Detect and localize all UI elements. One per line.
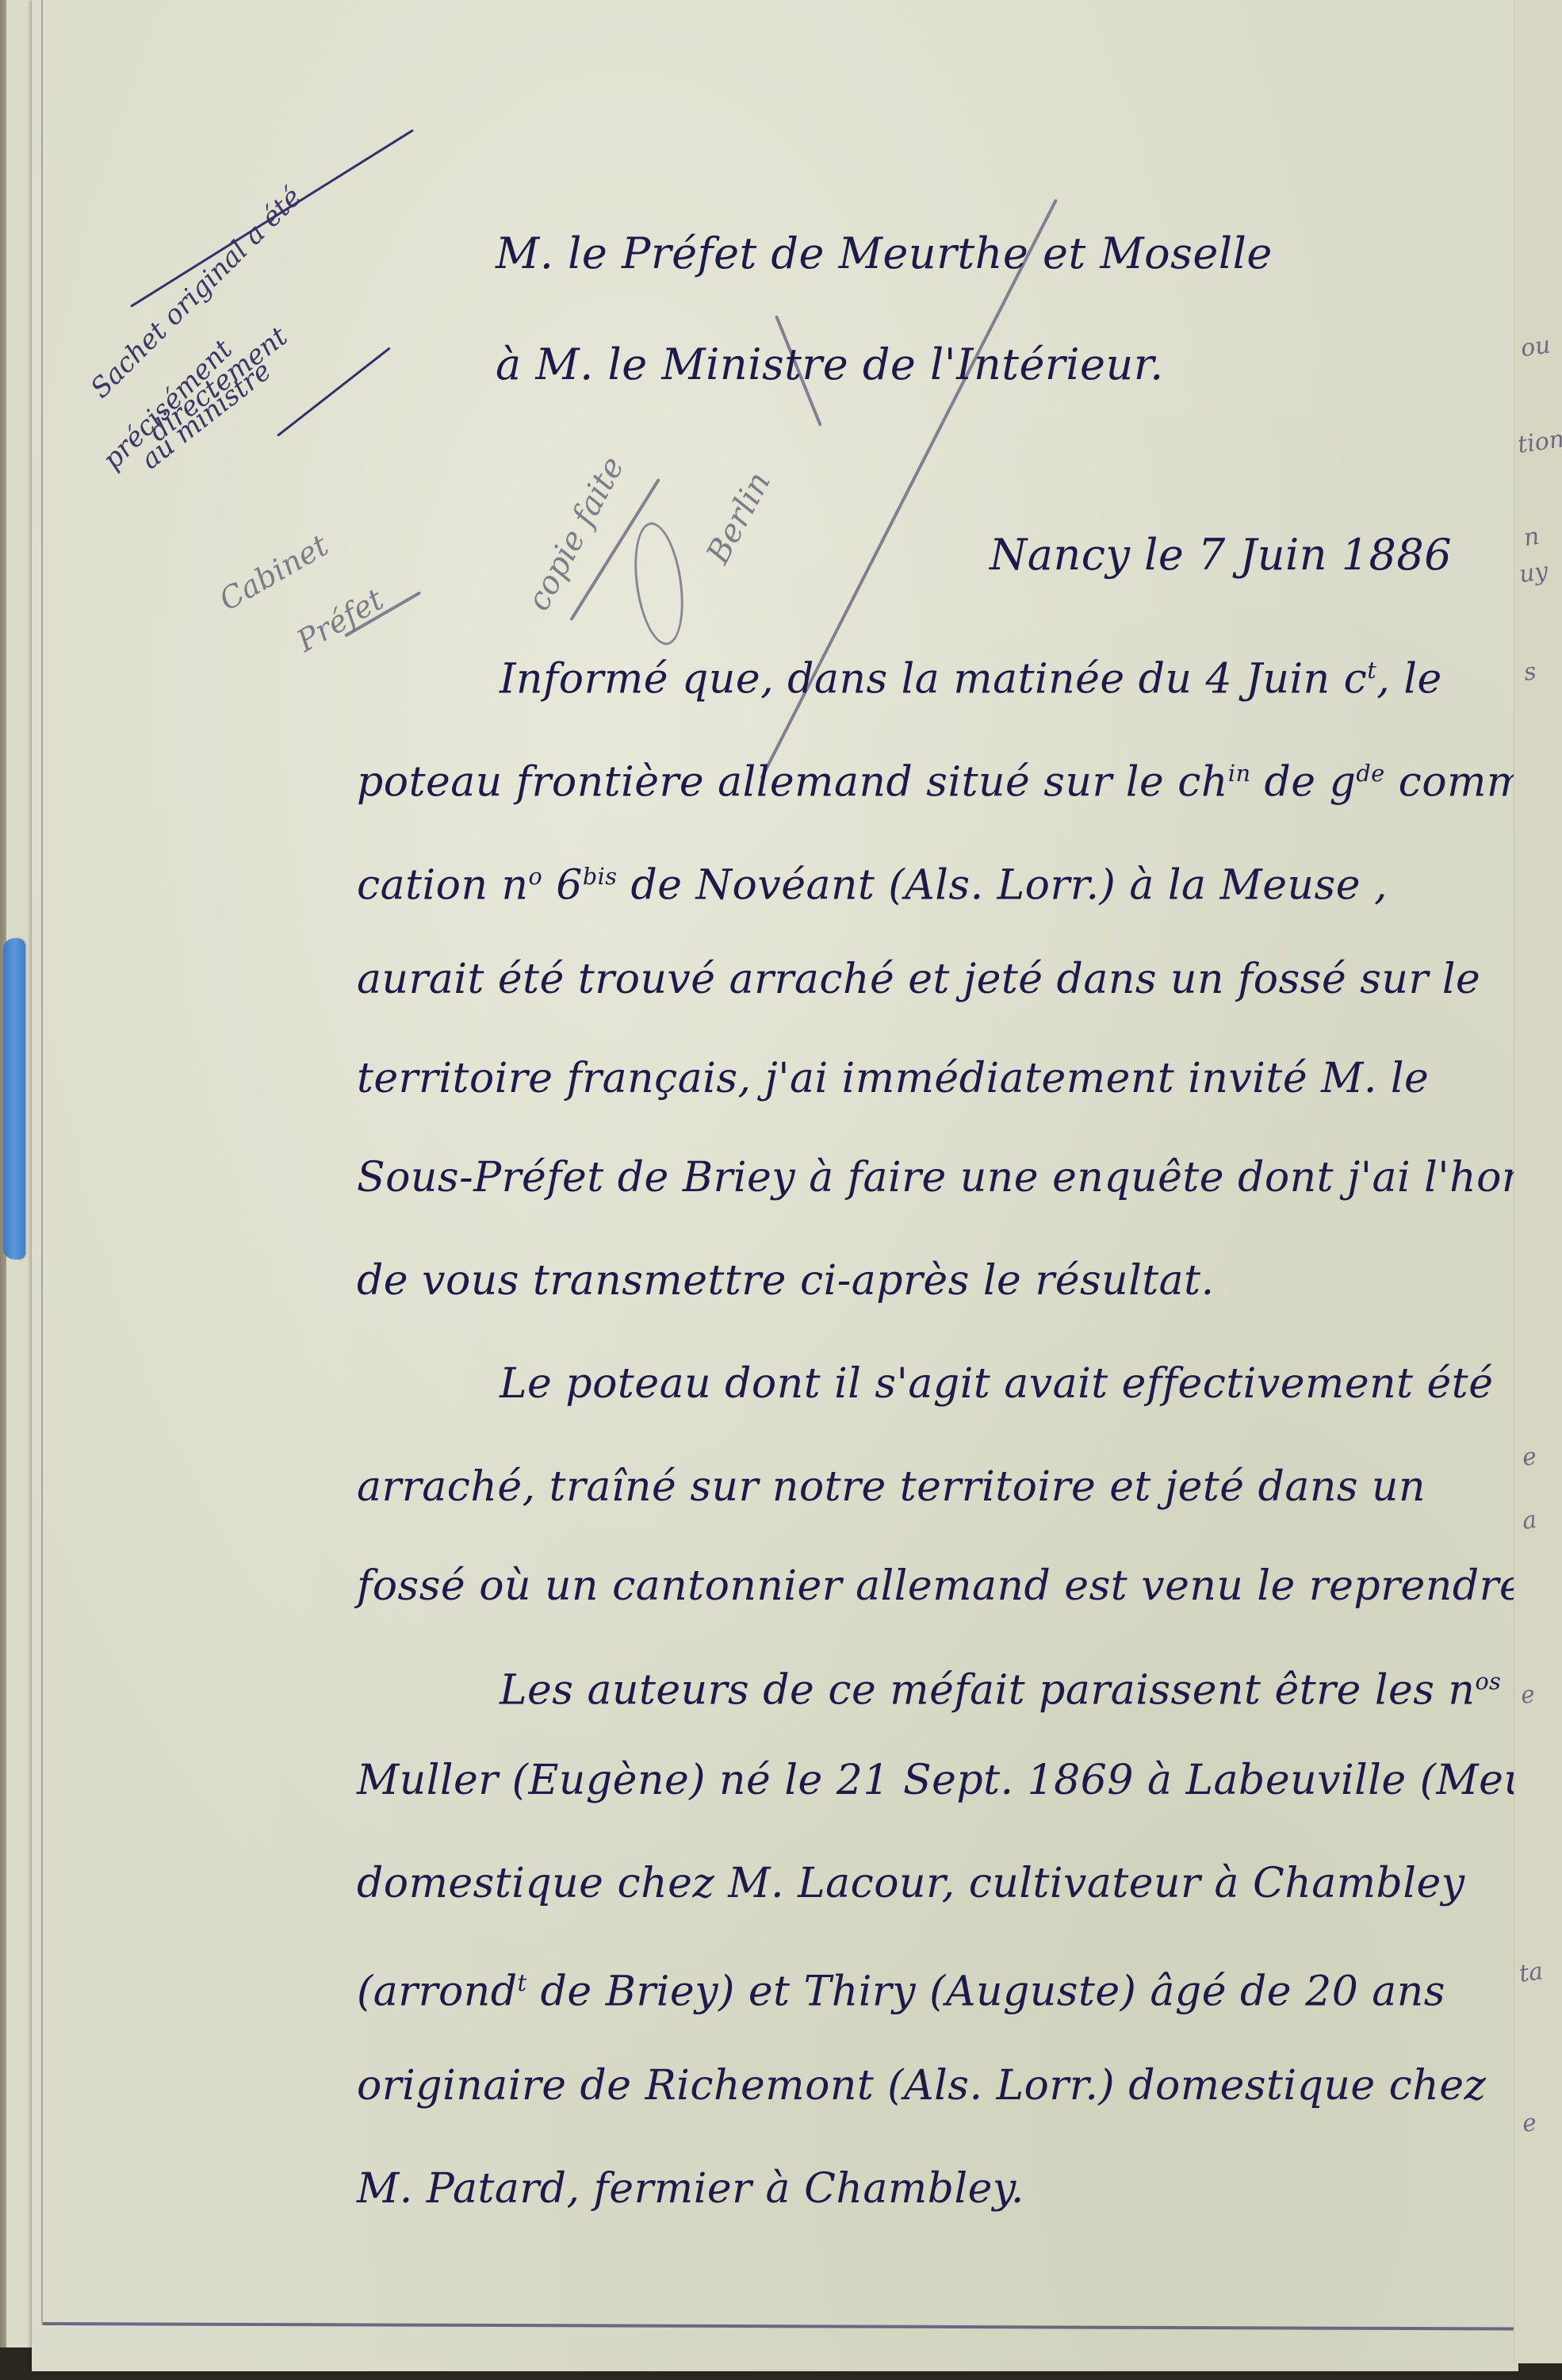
body-line-10: fossé où un cantonnier allemand est venu… [357,1562,1537,1610]
body-line-6: Sous-Préfet de Briey à faire une enquête… [357,1154,1562,1201]
superscript: t [1367,657,1376,684]
superscript: in [1228,760,1251,787]
body-line-1: Informé que, dans la matinée du 4 Juin c… [500,646,1442,703]
margin-flourish [130,129,414,308]
letter-from: M. le Préfet de Meurthe et Moselle [496,230,1273,278]
next-page-fragment: e [1521,1443,1538,1472]
superscript: bis [583,863,618,890]
body-line-15: originaire de Richemont (Als. Lorr.) dom… [357,2062,1486,2110]
superscript: t [518,1969,527,1996]
pencil-oval-initial [627,519,690,649]
next-page-fragment: uy [1518,558,1550,589]
text-fragment: (arrond [357,1968,518,2015]
body-line-9: arraché, traîné sur notre territoire et … [357,1463,1426,1511]
next-page-edge: ou tion n uy s e a e ta e [1514,0,1562,2363]
body-line-11: Les auteurs de ce méfait paraissent être… [500,1658,1540,1714]
text-fragment: de Briey) et Thiry (Auguste) âgé de 20 a… [527,1968,1445,2015]
next-page-fragment: ta [1518,1957,1545,1988]
margin-underline [277,347,391,436]
pencil-note-berlin: Berlin [699,466,778,570]
body-line-12: Muller (Eugène) né le 21 Sept. 1869 à La… [357,1757,1562,1804]
superscript: de [1356,760,1384,787]
body-line-13: domestique chez M. Lacour, cultivateur à… [357,1860,1465,1907]
next-page-fragment: e [1519,1681,1537,1710]
body-line-2: poteau frontière allemand situé sur le c… [357,749,1562,806]
body-line-5: territoire français, j'ai immédiatement … [357,1055,1429,1102]
body-line-8: Le poteau dont il s'agit avait effective… [500,1360,1493,1408]
page-bottom-rule [43,2322,1518,2330]
body-line-3: cation no 6bis de Novéant (Als. Lorr.) à… [357,853,1388,909]
blue-ribbon-tab [3,938,25,1259]
next-page-fragment: n [1522,523,1541,552]
text-fragment: , le [1376,655,1441,703]
pencil-note-copie-faite: copie faite [520,450,631,616]
body-line-16: M. Patard, fermier à Chambley. [357,2165,1024,2213]
superscript: os [1475,1668,1501,1695]
page-fold-line [41,0,43,2325]
text-fragment: de g [1250,758,1356,806]
text-fragment: poteau frontière allemand situé sur le c… [357,758,1228,806]
text-fragment: Les auteurs de ce méfait paraissent être… [500,1666,1475,1714]
next-page-fragment: a [1521,1506,1539,1535]
body-line-4: aurait été trouvé arraché et jeté dans u… [357,956,1480,1003]
next-page-fragment: tion [1516,425,1562,459]
body-line-14: (arrondt de Briey) et Thiry (Auguste) âg… [357,1959,1445,2015]
letter-to: à M. le Ministre de l'Intérieur. [496,341,1164,389]
text-fragment: 6 [542,861,583,909]
text-fragment: de Novéant (Als. Lorr.) à la Meuse , [617,861,1388,909]
letter-page: Sachet original a été précisément direct… [32,0,1518,2371]
next-page-fragment: ou [1519,332,1552,363]
body-line-7: de vous transmettre ci-après le résultat… [357,1257,1215,1305]
pencil-note-cabinet: Cabinet [213,527,334,617]
text-fragment: Informé que, dans la matinée du 4 Juin c [500,655,1367,703]
next-page-fragment: e [1521,2109,1538,2138]
dateline: Nancy le 7 Juin 1886 [990,531,1452,579]
text-fragment: cation n [357,861,528,909]
next-page-fragment: s [1522,657,1538,687]
superscript: o [528,863,542,890]
